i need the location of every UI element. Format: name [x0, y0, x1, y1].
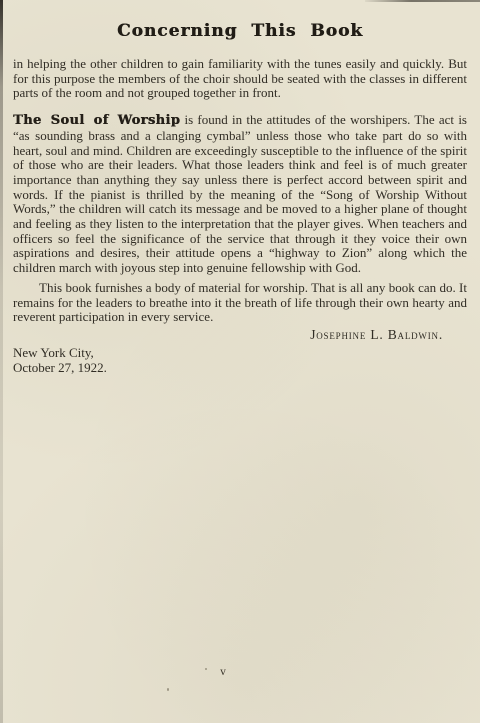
paragraph-body-text: is found in the attitudes of the worship… — [13, 112, 467, 275]
blackletter-lead-phrase: The Soul of Worship — [13, 113, 180, 128]
paragraph-soul-of-worship: The Soul of Worship is found in the atti… — [13, 113, 467, 276]
paragraph-continuation: in helping the other children to gain fa… — [13, 57, 467, 101]
place-line: New York City, — [13, 345, 467, 360]
book-page: Concerning This Book in helping the othe… — [0, 0, 480, 723]
author-signature: Josephine L. Baldwin. — [13, 328, 467, 343]
page-number: v — [0, 666, 463, 678]
page-content: Concerning This Book in helping the othe… — [13, 0, 467, 375]
scan-edge-left-artifact — [0, 0, 3, 723]
paragraph-closing: This book furnishes a body of material f… — [13, 281, 467, 325]
date-line: October 27, 1922. — [13, 360, 467, 375]
paper-speck — [167, 688, 169, 691]
page-title: Concerning This Book — [13, 21, 467, 41]
